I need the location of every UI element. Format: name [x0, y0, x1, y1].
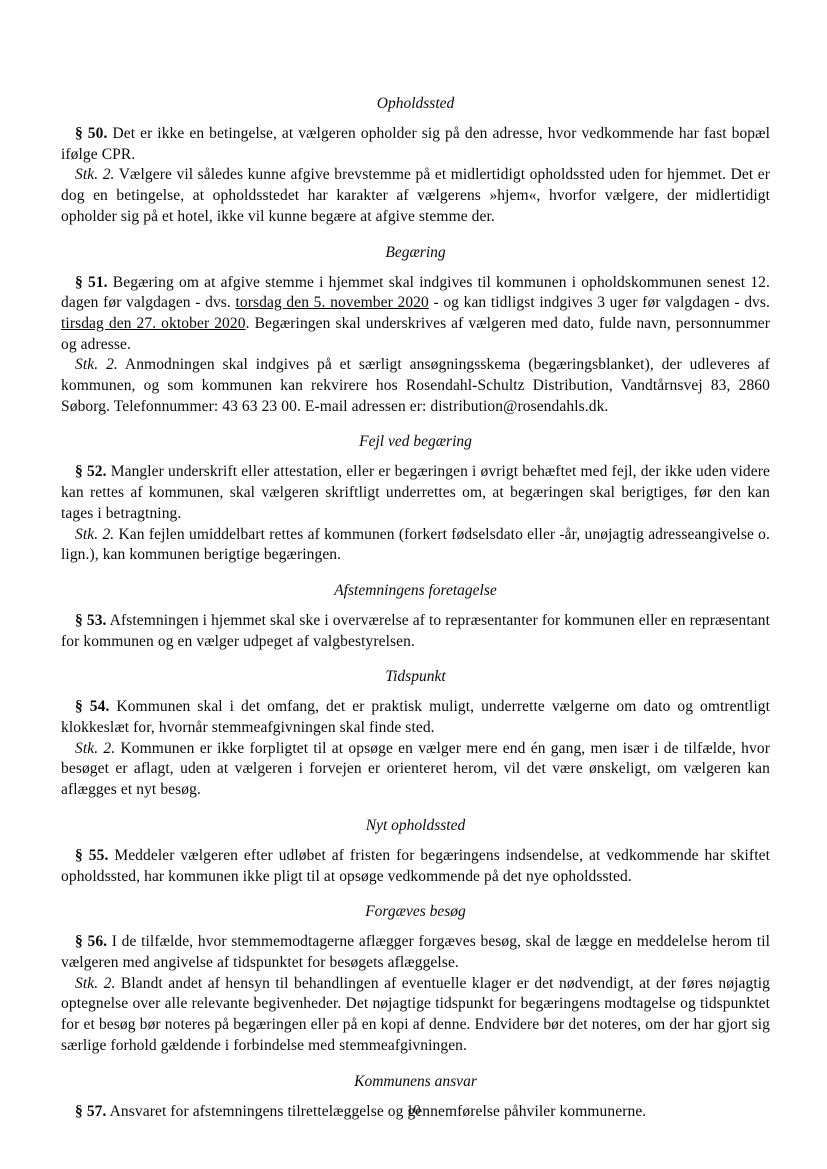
section: Forgæves besøg§ 56. I de tilfælde, hvor …	[61, 902, 770, 1056]
text-run-italic: Stk. 2.	[75, 356, 118, 373]
text-run: Det er ikke en betingelse, at vælgeren o…	[61, 125, 770, 163]
paragraph: § 51. Begæring om at afgive stemme i hje…	[61, 273, 770, 356]
paragraph: Stk. 2. Kan fejlen umiddelbart rettes af…	[61, 525, 770, 566]
document-body: Opholdssted§ 50. Det er ikke en betingel…	[61, 94, 770, 1122]
text-run-bold: § 54.	[75, 698, 109, 715]
text-run-bold: § 56.	[75, 933, 107, 950]
text-run: Kan fejlen umiddelbart rettes af kommune…	[61, 526, 770, 564]
text-run-italic: Stk. 2.	[75, 166, 115, 183]
text-run-italic: Stk. 2.	[75, 975, 115, 992]
text-run: Kommunen er ikke forpligtet til at opsøg…	[61, 740, 770, 798]
section: Fejl ved begæring§ 52. Mangler underskri…	[61, 432, 770, 566]
text-run: Afstemningen i hjemmet skal ske i overvæ…	[61, 612, 770, 650]
section-heading: Fejl ved begæring	[61, 432, 770, 452]
text-run: Mangler underskrift eller attestation, e…	[61, 463, 770, 521]
section-heading: Tidspunkt	[61, 667, 770, 687]
section: Tidspunkt§ 54. Kommunen skal i det omfan…	[61, 667, 770, 801]
paragraph: Stk. 2. Anmodningen skal indgives på et …	[61, 355, 770, 417]
text-run-underline: tirsdag den 27. oktober 2020	[61, 315, 246, 332]
paragraph: Stk. 2. Blandt andet af hensyn til behan…	[61, 974, 770, 1057]
paragraph: § 56. I de tilfælde, hvor stemmemodtager…	[61, 932, 770, 973]
paragraph: § 54. Kommunen skal i det omfang, det er…	[61, 697, 770, 738]
section: Nyt opholdssted§ 55. Meddeler vælgeren e…	[61, 816, 770, 887]
paragraph: § 50. Det er ikke en betingelse, at vælg…	[61, 124, 770, 165]
paragraph: § 52. Mangler underskrift eller attestat…	[61, 462, 770, 524]
text-run-italic: Stk. 2.	[75, 526, 114, 543]
section: Opholdssted§ 50. Det er ikke en betingel…	[61, 94, 770, 228]
document-page: Opholdssted§ 50. Det er ikke en betingel…	[0, 0, 827, 1169]
text-run-bold: § 55.	[75, 847, 108, 864]
paragraph: Stk. 2. Kommunen er ikke forpligtet til …	[61, 739, 770, 801]
text-run: Vælgere vil således kunne afgive brevste…	[61, 166, 770, 224]
section-heading: Afstemningens foretagelse	[61, 581, 770, 601]
text-run: Blandt andet af hensyn til behandlingen …	[61, 975, 770, 1054]
text-run: I de tilfælde, hvor stemmemodtagerne afl…	[61, 933, 770, 971]
text-run-underline: torsdag den 5. november 2020	[236, 294, 429, 311]
text-run-italic: Stk. 2.	[75, 740, 115, 757]
section: Begæring§ 51. Begæring om at afgive stem…	[61, 243, 770, 418]
paragraph: Stk. 2. Vælgere vil således kunne afgive…	[61, 165, 770, 227]
section-heading: Opholdssted	[61, 94, 770, 114]
text-run-bold: § 53.	[75, 612, 107, 629]
section-heading: Nyt opholdssted	[61, 816, 770, 836]
paragraph: § 55. Meddeler vælgeren efter udløbet af…	[61, 846, 770, 887]
page-number: 10	[0, 1103, 827, 1119]
section: Afstemningens foretagelse§ 53. Afstemnin…	[61, 581, 770, 652]
section-heading: Kommunens ansvar	[61, 1072, 770, 1092]
text-run: Kommunen skal i det omfang, det er prakt…	[61, 698, 770, 736]
section-heading: Begæring	[61, 243, 770, 263]
section-heading: Forgæves besøg	[61, 902, 770, 922]
paragraph: § 53. Afstemningen i hjemmet skal ske i …	[61, 611, 770, 652]
text-run-bold: § 52.	[75, 463, 107, 480]
text-run: Anmodningen skal indgives på et særligt …	[61, 356, 770, 414]
text-run: Meddeler vælgeren efter udløbet af frist…	[61, 847, 770, 885]
text-run-bold: § 50.	[75, 125, 108, 142]
text-run: - og kan tidligst indgives 3 uger før va…	[429, 294, 770, 311]
text-run-bold: § 51.	[75, 274, 108, 291]
